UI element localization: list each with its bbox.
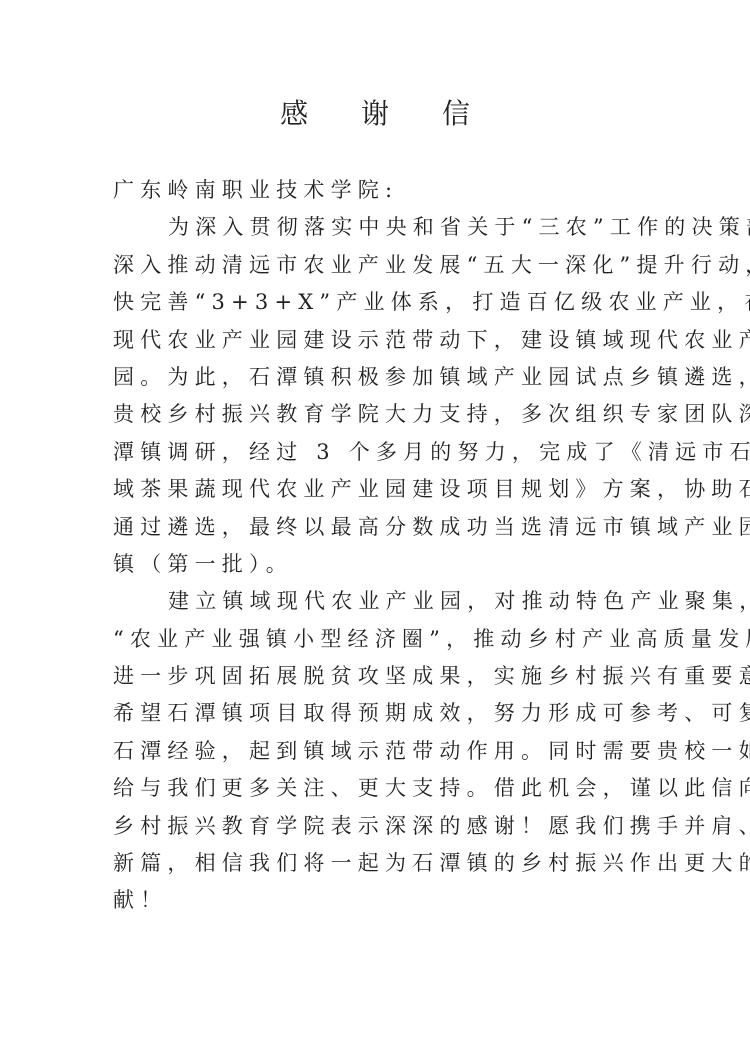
text-line: 建立镇域现代农业产业园，对推动特色产业聚集，打造 (113, 583, 641, 620)
text-line: 进一步巩固拓展脱贫攻坚成果，实施乡村振兴有重要意义。 (113, 658, 641, 695)
text-line: 新篇，相信我们将一起为石潭镇的乡村振兴作出更大的贡 (113, 845, 641, 882)
text-line: 献！ (113, 882, 641, 919)
text-line: 深入推动清远市农业产业发展“五大一深化”提升行动，加 (113, 247, 641, 284)
text-line: 通过遴选，最终以最高分数成功当选清远市镇域产业园试点 (113, 509, 641, 546)
letter-title: 感 谢 信 (0, 92, 750, 132)
text-line: 潭镇调研，经过 3 个多月的努力，完成了《清远市石潭镇 (113, 434, 641, 471)
text-line: 石潭经验，起到镇域示范带动作用。同时需要贵校一如既往 (113, 733, 641, 770)
text-line: 贵校乡村振兴教育学院大力支持，多次组织专家团队深入石 (113, 396, 641, 433)
text-line: 园。为此，石潭镇积极参加镇域产业园试点乡镇遴选，得到 (113, 359, 641, 396)
text-line: “农业产业强镇小型经济圈”，推动乡村产业高质量发展， (113, 621, 641, 658)
text-line: 域茶果蔬现代农业产业园建设项目规划》方案，协助石潭镇 (113, 471, 641, 508)
text-line: 镇（第一批）。 (113, 546, 641, 583)
text-line: 希望石潭镇项目取得预期成效，努力形成可参考、可复制的 (113, 695, 641, 732)
paragraph-2: 建立镇域现代农业产业园，对推动特色产业聚集，打造 “农业产业强镇小型经济圈”，推… (113, 583, 641, 920)
text-line: 给与我们更多关注、更大支持。借此机会，谨以此信向贵校 (113, 770, 641, 807)
salutation: 广东岭南职业技术学院: (113, 172, 641, 209)
text-line: 快完善“3+3+X”产业体系，打造百亿级农业产业，在省级 (113, 284, 641, 321)
paragraph-1: 为深入贯彻落实中央和省关于“三农”工作的决策部署， 深入推动清远市农业产业发展“… (113, 209, 641, 583)
text-line: 为深入贯彻落实中央和省关于“三农”工作的决策部署， (113, 209, 641, 246)
letter-body: 广东岭南职业技术学院: 为深入贯彻落实中央和省关于“三农”工作的决策部署， 深入… (113, 172, 641, 920)
text-line: 乡村振兴教育学院表示深深的感谢！愿我们携手并肩、共谱 (113, 808, 641, 845)
text-line: 现代农业产业园建设示范带动下，建设镇域现代农业产业 (113, 322, 641, 359)
